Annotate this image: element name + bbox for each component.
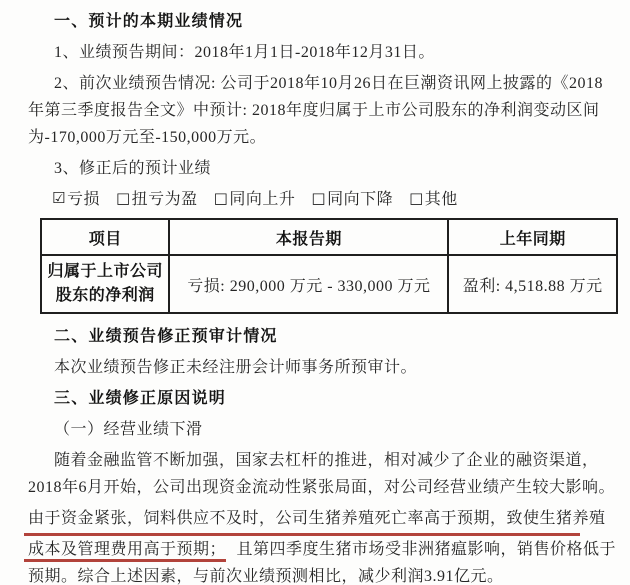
reason-line-4: 成本及管理费用高于预期； 且第四季度生猪市场受非洲猪瘟影响，销售价格低于 [28, 536, 606, 563]
reason-line-3-underlined: 由于资金紧张，饲料供应不及时，公司生猪养殖死亡率高于预期，致使生猪养殖 [24, 505, 580, 536]
checkbox-loss: ☑ 亏损 [52, 186, 100, 209]
forecast-period-line: 1、业绩预告期间：2018年1月1日-2018年12月31日。 [28, 39, 606, 66]
table-header-prior-period: 上年同期 [448, 219, 617, 255]
previous-forecast-line-2: 年第三季度报告全文》中预计: 2018年度归属于上市公司股东的净利润变动区间 [28, 97, 606, 124]
announcement-document: 一、预计的本期业绩情况 1、业绩预告期间：2018年1月1日-2018年12月3… [0, 0, 630, 585]
net-profit-prior-value: 盈利: 4,518.88 万元 [448, 255, 617, 313]
checkbox-same-direction-down-label: 同向下降 [327, 186, 393, 209]
section2-heading: 二、业绩预告修正预审计情况 [28, 323, 606, 350]
reason-line-4-rest: 且第四季度生猪市场受非洲猪瘟影响，销售价格低于 [237, 541, 617, 558]
checkbox-same-direction-up: □ 同向上升 [214, 186, 296, 209]
audit-status-line: 本次业绩预告修正未经注册会计师事务所预审计。 [28, 354, 606, 381]
previous-forecast-line-3: 为-170,000万元至-150,000万元。 [28, 124, 606, 151]
empty-checkbox-icon: □ [116, 189, 131, 207]
checkbox-other-label: 其他 [425, 186, 458, 209]
table-header-row: 项目 本报告期 上年同期 [41, 219, 617, 255]
forecast-table: 项目 本报告期 上年同期 归属于上市公司 股东的净利润 亏损: 290,000 … [40, 218, 618, 314]
reason-line-5: 预期。综合上述因素，与前次业绩预测相比，减少利润3.91亿元。 [28, 563, 606, 585]
revised-forecast-heading: 3、修正后的预计业绩 [28, 155, 606, 182]
empty-checkbox-icon: □ [214, 189, 229, 207]
checkbox-same-direction-down: □ 同向下降 [311, 186, 393, 209]
forecast-type-checkboxes: ☑ 亏损 □ 扭亏为盈 □ 同向上升 □ 同向下降 □ 其他 [28, 186, 606, 209]
checkbox-turn-to-profit: □ 扭亏为盈 [116, 186, 198, 209]
checkbox-same-direction-up-label: 同向上升 [229, 186, 295, 209]
net-profit-current-value: 亏损: 290,000 万元 - 330,000 万元 [169, 255, 448, 313]
checkbox-loss-label: 亏损 [67, 186, 100, 209]
table-row: 归属于上市公司 股东的净利润 亏损: 290,000 万元 - 330,000 … [41, 255, 617, 313]
net-profit-row-label: 归属于上市公司 股东的净利润 [41, 255, 169, 313]
previous-forecast-line-1: 2、前次业绩预告情况: 公司于2018年10月26日在巨潮资讯网上披露的《201… [28, 70, 606, 97]
subsection-heading: （一）经营业绩下滑 [28, 416, 606, 443]
section3-heading: 三、业绩修正原因说明 [28, 385, 606, 412]
reason-line-2: 2018年6月开始，公司出现资金流动性紧张局面，对公司经营业绩产生较大影响。 [28, 474, 606, 501]
reason-line-1: 随着金融监管不断加强，国家去杠杆的推进，相对减少了企业的融资渠道， [28, 447, 606, 474]
empty-checkbox-icon: □ [409, 189, 424, 207]
checkbox-turn-to-profit-label: 扭亏为盈 [132, 186, 198, 209]
empty-checkbox-icon: □ [311, 189, 326, 207]
checkbox-other: □ 其他 [409, 186, 458, 209]
checked-checkbox-icon: ☑ [52, 189, 66, 207]
table-header-current-period: 本报告期 [169, 219, 448, 255]
table-header-item: 项目 [41, 219, 169, 255]
reason-line-4-underlined: 成本及管理费用高于预期； [24, 541, 226, 562]
section1-heading: 一、预计的本期业绩情况 [28, 8, 606, 35]
